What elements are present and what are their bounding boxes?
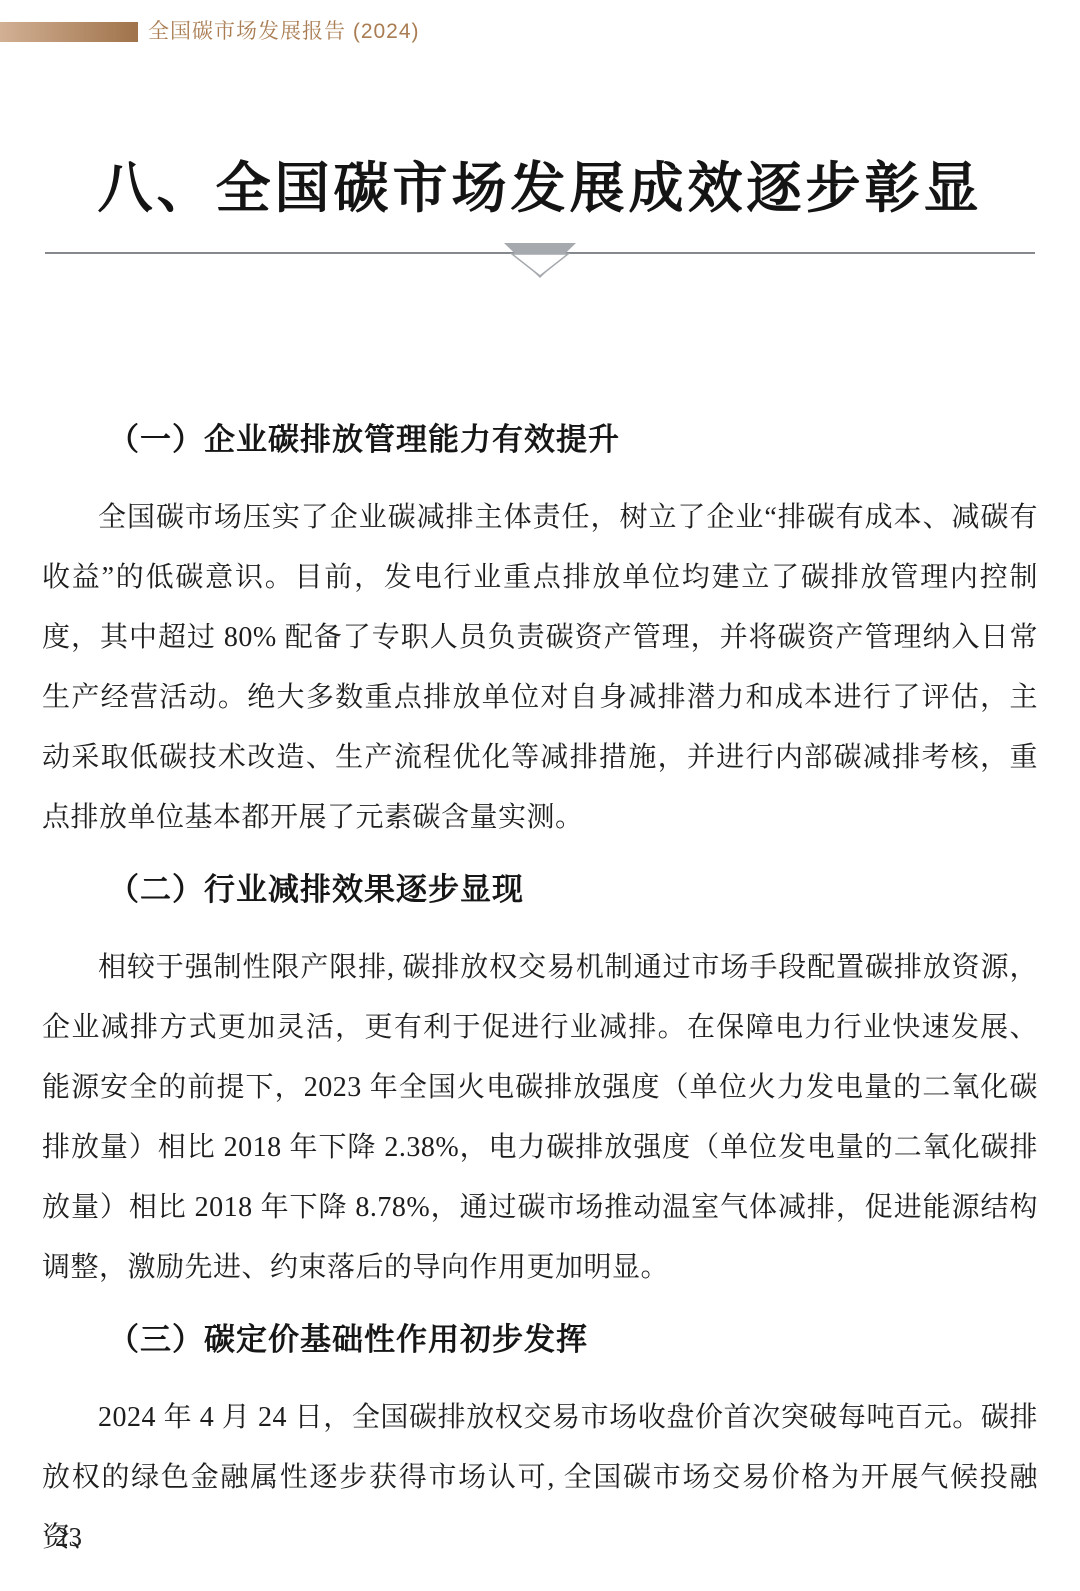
page-content: （一）企业碳排放管理能力有效提升 全国碳市场压实了企业碳减排主体责任，树立了企业…	[42, 410, 1038, 1568]
page-number: 23	[55, 1522, 82, 1553]
section-3-paragraph: 2024 年 4 月 24 日，全国碳排放权交易市场收盘价首次突破每吨百元。碳排…	[42, 1388, 1038, 1568]
chapter-title: 八、全国碳市场发展成效逐步彰显	[0, 144, 1080, 223]
section-1-paragraph: 全国碳市场压实了企业碳减排主体责任，树立了企业“排碳有成本、减碳有收益”的低碳意…	[42, 488, 1038, 848]
section-divider	[0, 233, 1080, 283]
section-heading-1: （一）企业碳排放管理能力有效提升	[42, 418, 1038, 462]
down-triangle-icon	[0, 233, 1080, 283]
section-2-paragraph: 相较于强制性限产限排, 碳排放权交易机制通过市场手段配置碳排放资源，企业减排方式…	[42, 938, 1038, 1298]
document-page: 全国碳市场发展报告 (2024) 八、全国碳市场发展成效逐步彰显 （一）企业碳排…	[0, 0, 1080, 1591]
section-heading-3: （三）碳定价基础性作用初步发挥	[42, 1318, 1038, 1362]
section-heading-2: （二）行业减排效果逐步显现	[42, 868, 1038, 912]
report-title: 全国碳市场发展报告 (2024)	[148, 20, 420, 44]
header-accent-bar	[0, 22, 138, 42]
